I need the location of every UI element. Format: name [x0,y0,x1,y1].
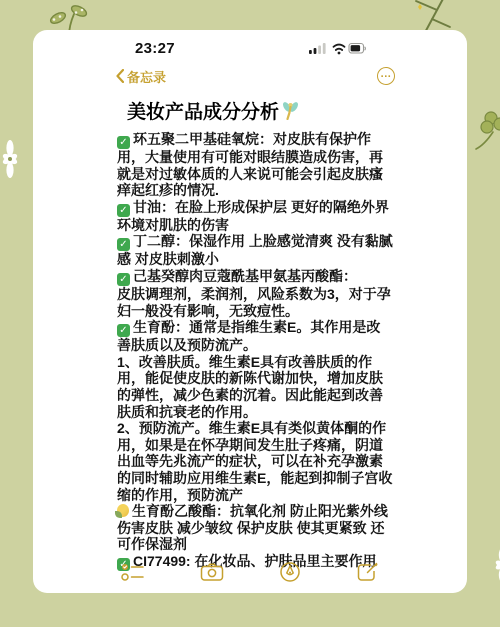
status-icons [309,42,367,55]
fairy-emoji [282,101,299,120]
check-emoji: ✓ [117,238,130,251]
battery-icon [349,44,365,54]
clover-doodle [474,110,500,158]
note-paragraph: ✓己基癸醇肉豆蔻酰基甲氨基丙酸酯： 皮肤调理剂，柔润剂，风险系数为3，对于孕妇一… [117,268,394,319]
white-flower-bottom-right [485,548,500,582]
checklist-icon[interactable] [121,562,145,582]
paragraph-text: 己基癸醇肉豆蔻酰基甲氨基丙酸酯： 皮肤调理剂，柔润剂，风险系数为3，对于孕妇一般… [117,268,391,319]
camera-icon[interactable] [200,562,224,582]
more-options-button[interactable]: ... [377,67,395,85]
notes-app-screenshot: 23:27 [33,30,467,593]
note-paragraph: ✓丁二醇：保湿作用 上脸感觉清爽 没有黏腻感 对皮肤刺激小 [117,233,394,268]
check-emoji: ✓ [117,136,130,149]
chevron-left-icon [116,69,124,83]
note-paragraph: 2、预防流产。维生素E具有类似黄体酮的作用，如果是在怀孕期间发生肚子疼痛，阴道出… [117,420,394,503]
wifi-icon [334,45,345,55]
clock: 23:27 [135,40,175,57]
note-paragraph: ✓生育酚：通常是指维生素E。其作用是改善肤质以及预防流产。 [117,319,394,354]
back-label: 备忘录 [127,67,166,86]
paragraph-text: 2、预防流产。维生素E具有类似黄体酮的作用，如果是在怀孕期间发生肚子疼痛，阴道出… [117,420,392,502]
paragraph-text: 1、改善肤质。维生素E具有改善肤质的作用，能促使皮肤的新陈代谢加快，增加皮肤的弹… [117,354,383,420]
cellular-signal-icon [309,43,326,54]
note-body[interactable]: ✓环五聚二甲基硅氧烷：对皮肤有保护作用，大量使用有可能对眼结膜造成伤害，再就是对… [117,131,394,571]
corn-emoji [117,504,129,517]
status-bar: 23:27 [105,30,395,57]
paragraph-text: 丁二醇：保湿作用 上脸感觉清爽 没有黏腻感 对皮肤刺激小 [117,233,393,267]
note-paragraph: ✓甘油：在脸上形成保护层 更好的隔绝外界环境对肌肤的伤害 [117,199,394,234]
note-paragraph: ✓环五聚二甲基硅氧烷：对皮肤有保护作用，大量使用有可能对眼结膜造成伤害，再就是对… [117,131,394,199]
paragraph-text: 甘油：在脸上形成保护层 更好的隔绝外界环境对肌肤的伤害 [117,199,389,233]
paragraph-text: 生育酚乙酸酯：抗氧化剂 防止阳光紫外线伤害皮肤 减少皱纹 保护皮肤 使其更紧致 … [117,503,388,552]
check-emoji: ✓ [117,324,130,337]
nav-bar: 备忘录 ... [105,65,395,87]
compose-icon[interactable] [356,561,379,583]
note-title-text: 美妆产品成分分析 [127,97,279,124]
back-button[interactable]: 备忘录 [116,67,166,86]
paragraph-text: 环五聚二甲基硅氧烷：对皮肤有保护作用，大量使用有可能对眼结膜造成伤害，再就是对过… [117,131,383,198]
notes-toolbar [105,561,395,583]
white-flower-left [0,140,29,178]
note-paragraph: 生育酚乙酸酯：抗氧化剂 防止阳光紫外线伤害皮肤 减少皱纹 保护皮肤 使其更紧致 … [117,503,394,553]
ellipsis-circle-icon: ... [381,69,392,80]
check-emoji: ✓ [117,273,130,286]
markup-icon[interactable] [279,561,301,583]
note-paragraph: 1、改善肤质。维生素E具有改善肤质的作用，能促使皮肤的新陈代谢加快，增加皮肤的弹… [117,354,394,420]
paragraph-text: 生育酚：通常是指维生素E。其作用是改善肤质以及预防流产。 [117,319,380,353]
note-title: 美妆产品成分分析 [127,97,395,124]
check-emoji: ✓ [117,204,130,217]
